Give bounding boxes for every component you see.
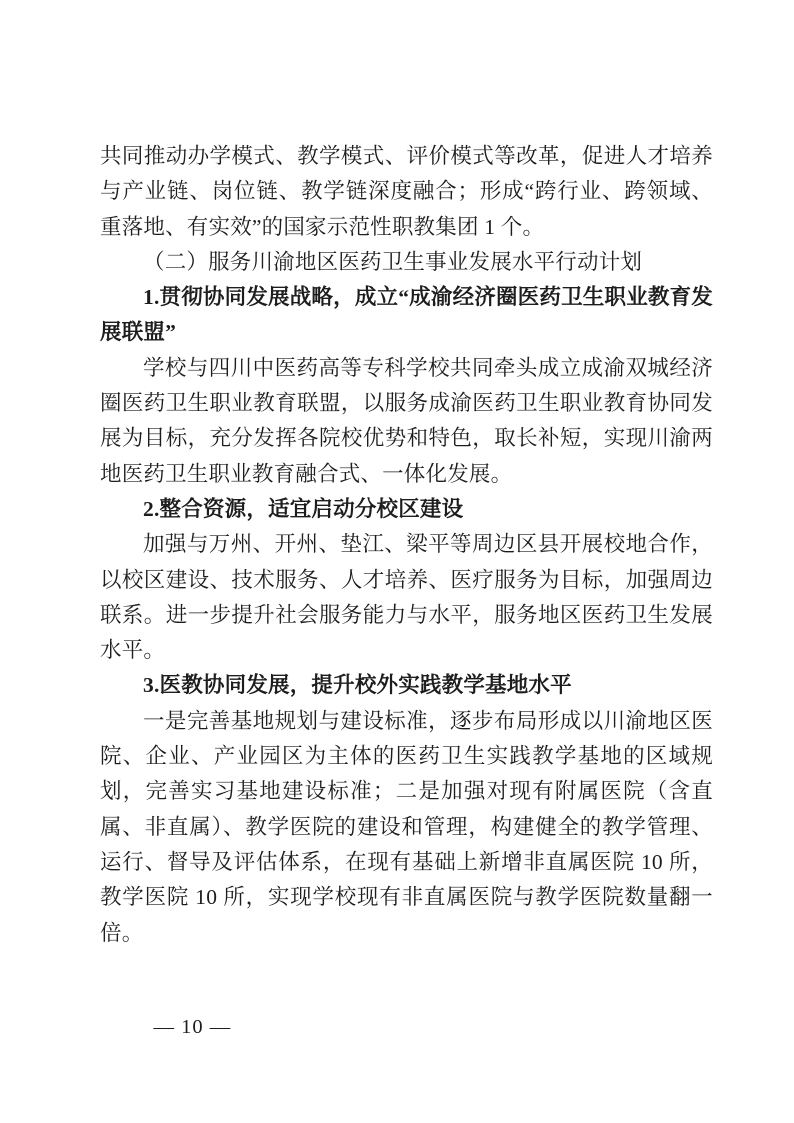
page-footer: — 10 — [129, 988, 231, 1066]
subsection-heading-1: 1.贯彻协同发展战略，成立“成渝经济圈医药卫生职业教育发展联盟” [100, 280, 713, 351]
paragraph-body: 一是完善基地规划与建设标准，逐步布局形成以川渝地区医院、企业、产业园区为主体的医… [100, 704, 713, 951]
paragraph-body: 加强与万州、开州、垫江、梁平等周边区县开展校地合作，以校区建设、技术服务、人才培… [100, 527, 713, 668]
document-page: 共同推动办学模式、教学模式、评价模式等改革，促进人才培养与产业链、岗位链、教学链… [0, 0, 794, 1123]
paragraph-continuation: 共同推动办学模式、教学模式、评价模式等改革，促进人才培养与产业链、岗位链、教学链… [100, 139, 713, 245]
section-heading-2: （二）服务川渝地区医药卫生事业发展水平行动计划 [100, 245, 713, 280]
page-number: — 10 — [154, 1016, 232, 1038]
document-body: 共同推动办学模式、教学模式、评价模式等改革，促进人才培养与产业链、岗位链、教学链… [100, 139, 713, 951]
subsection-heading-3: 3.医教协同发展，提升校外实践教学基地水平 [100, 668, 713, 703]
paragraph-body: 学校与四川中医药高等专科学校共同牵头成立成渝双城经济圈医药卫生职业教育联盟，以服… [100, 351, 713, 492]
subsection-heading-2: 2.整合资源，适宜启动分校区建设 [100, 492, 713, 527]
